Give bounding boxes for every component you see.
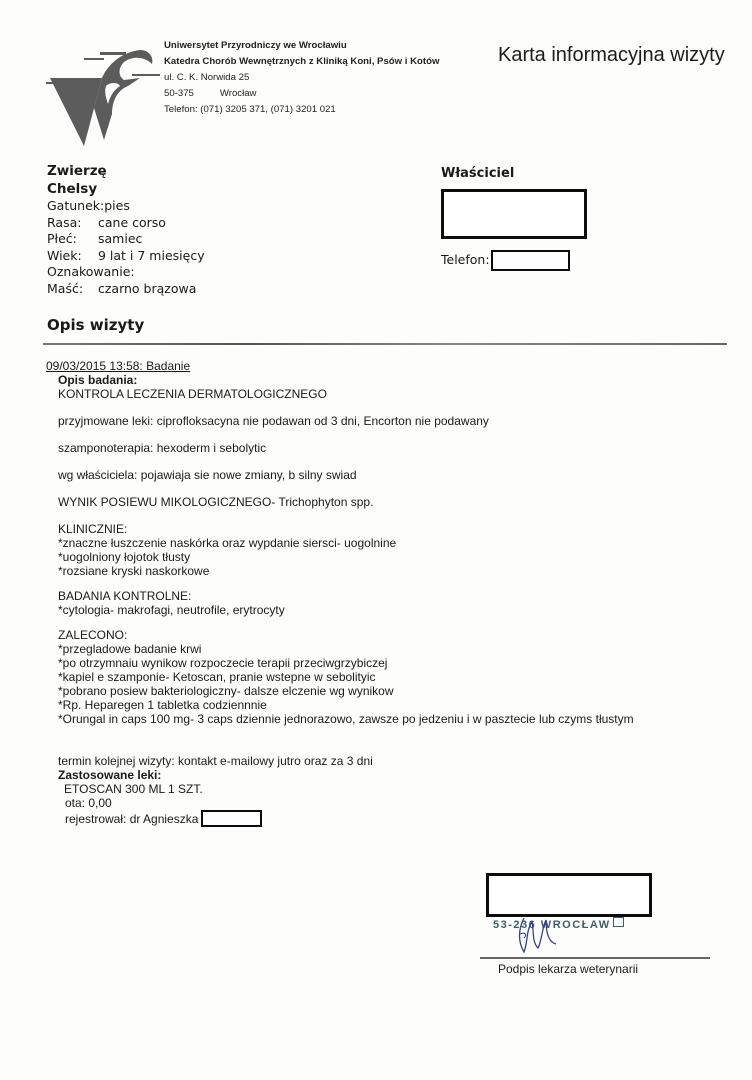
signature-line bbox=[480, 957, 710, 959]
owner-name-redaction bbox=[441, 189, 587, 239]
sex-value: samiec bbox=[98, 231, 142, 248]
exam-heading: Opis badania: bbox=[46, 373, 634, 387]
institution-name: Uniwersytet Przyrodniczy we Wrocławiu bbox=[164, 38, 439, 54]
drugs-heading: Zastosowane leki: bbox=[46, 768, 634, 782]
note-culture-result: WYNIK POSIEWU MIKOLOGICZNEGO- Trichophyt… bbox=[46, 495, 634, 509]
clinical-heading: KLINICZNIE: bbox=[46, 522, 634, 536]
recommended-heading: ZALECONO: bbox=[46, 628, 634, 642]
institution-header: Uniwersytet Przyrodniczy we Wrocławiu Ka… bbox=[164, 38, 439, 118]
signature-scribble-icon bbox=[512, 912, 572, 956]
species-label: Gatunek: bbox=[47, 198, 104, 215]
marking-row: Oznakowanie: bbox=[47, 264, 205, 281]
registered-by: rejestrował: dr Agnieszka bbox=[65, 812, 198, 826]
amount-line: ota: 0,00 bbox=[46, 796, 634, 810]
university-logo-icon bbox=[44, 42, 162, 150]
recommended-item: *pobrano posiew bakteriologiczny- dalsze… bbox=[46, 684, 634, 698]
recommended-item: *Orungal in caps 100 mg- 3 caps dziennie… bbox=[46, 712, 634, 726]
breed-value: cane corso bbox=[98, 215, 166, 232]
stamp-symbol-icon bbox=[613, 917, 624, 927]
age-label: Wiek: bbox=[47, 248, 98, 265]
clinical-item: *znaczne łuszczenie naskórka oraz wypdan… bbox=[46, 536, 634, 550]
animal-name: Chelsy bbox=[47, 180, 205, 198]
recommended-item: *po otrzymnaiu wynikow rozpoczecie terap… bbox=[46, 656, 634, 670]
visit-heading: Opis wizyty bbox=[47, 316, 144, 334]
species-row: Gatunek:pies bbox=[47, 198, 205, 215]
note-medications: przyjmowane leki: ciprofloksacyna nie po… bbox=[46, 414, 634, 428]
owner-section: Właściciel bbox=[441, 166, 514, 181]
animal-section: Zwierzę Chelsy Gatunek:pies Rasa:cane co… bbox=[47, 162, 205, 297]
clinical-item: *uogolniony łojotok tłusty bbox=[46, 550, 634, 564]
species-value: pies bbox=[104, 198, 130, 215]
document-title: Karta informacyjna wizyty bbox=[498, 44, 725, 67]
recommended-item: *kapiel e szamponie- Ketoscan, pranie ws… bbox=[46, 670, 634, 684]
department-name: Katedra Chorób Wewnętrznych z Kliniką Ko… bbox=[164, 54, 439, 70]
breed-label: Rasa: bbox=[47, 215, 98, 232]
owner-heading: Właściciel bbox=[441, 166, 514, 181]
drug-line: ETOSCAN 300 ML 1 SZT. bbox=[46, 782, 634, 796]
institution-phone: Telefon: (071) 3205 371, (071) 3201 021 bbox=[164, 102, 439, 118]
visit-details: 09/03/2015 13:58: Badanie Opis badania: … bbox=[46, 359, 634, 827]
owner-phone-label: Telefon: bbox=[441, 252, 490, 267]
coat-value: czarno brązowa bbox=[98, 281, 196, 298]
exam-title: KONTROLA LECZENIA DERMATOLOGICZNEGO bbox=[46, 387, 634, 401]
clinical-item: *rozsiane kryski naskorkowe bbox=[46, 564, 634, 578]
coat-label: Maść: bbox=[47, 281, 98, 298]
note-owner-report: wg właściciela: pojawiaja sie nowe zmian… bbox=[46, 468, 634, 482]
city: Wrocław bbox=[220, 88, 257, 99]
postal-city: 50-375Wrocław bbox=[164, 86, 439, 102]
age-value: 9 lat i 7 miesięcy bbox=[98, 248, 205, 265]
marking-label: Oznakowanie: bbox=[47, 264, 135, 281]
section-divider bbox=[43, 343, 727, 345]
animal-heading: Zwierzę bbox=[47, 162, 205, 180]
note-shampoo-therapy: szamponoterapia: hexoderm i sebolytic bbox=[46, 441, 634, 455]
visit-date-line: 09/03/2015 13:58: Badanie bbox=[46, 359, 634, 373]
age-row: Wiek:9 lat i 7 miesięcy bbox=[47, 248, 205, 265]
coat-row: Maść:czarno brązowa bbox=[47, 281, 205, 298]
sex-label: Płeć: bbox=[47, 231, 98, 248]
recommended-item: *Rp. Heparegen 1 tabletka codziennnie bbox=[46, 698, 634, 712]
signature-label: Podpis lekarza weterynarii bbox=[498, 962, 638, 976]
control-heading: BADANIA KONTROLNE: bbox=[46, 589, 634, 603]
next-visit: termin kolejnej wizyty: kontakt e-mailow… bbox=[46, 754, 634, 768]
stamp-redaction bbox=[486, 873, 652, 917]
breed-row: Rasa:cane corso bbox=[47, 215, 205, 232]
recommended-item: *przegladowe badanie krwi bbox=[46, 642, 634, 656]
registered-surname-redaction bbox=[201, 810, 262, 827]
street-address: ul. C. K. Norwida 25 bbox=[164, 70, 439, 86]
registered-by-row: rejestrował: dr Agnieszka bbox=[46, 810, 634, 827]
sex-row: Płeć:samiec bbox=[47, 231, 205, 248]
owner-phone-redaction bbox=[491, 250, 570, 271]
control-item: *cytologia- makrofagi, neutrofile, erytr… bbox=[46, 603, 634, 617]
postal-code: 50-375 bbox=[164, 88, 194, 99]
